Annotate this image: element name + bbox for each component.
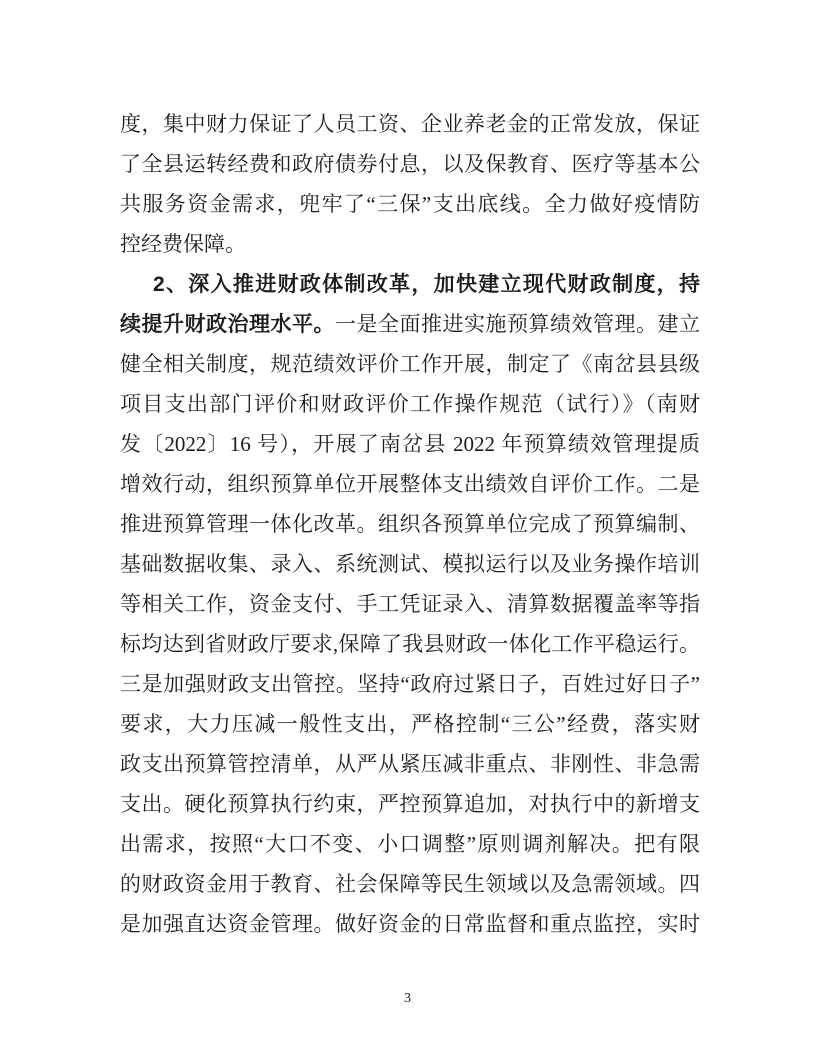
line-19: 出需求，按照“大口不变、小口调整”原则调剂解决。把有限 — [120, 824, 700, 864]
text-segment: 控经费保障。 — [120, 232, 246, 256]
line-01: 度，集中财力保证了人员工资、企业养老金的正常发放，保证 — [120, 104, 700, 144]
text-segment: 度，集中财力保证了人员工资、企业养老金的正常发放，保证 — [120, 112, 700, 136]
line-11: 推进预算管理一体化改革。组织各预算单位完成了预算编制、 — [120, 504, 700, 544]
text-segment-bold: 续提升财政治理水平。 — [120, 313, 335, 336]
line-18: 支出。硬化预算执行约束，严控预算追加，对执行中的新增支 — [120, 784, 700, 824]
text-segment: 要求，大力压减一般性支出，严格控制“三公”经费，落实财 — [120, 712, 700, 736]
line-09: 发〔2022〕16 号），开展了南岔县 2022 年预算绩效管理提质 — [120, 424, 700, 464]
line-02: 了全县运转经费和政府债券付息，以及保教育、医疗等基本公 — [120, 144, 700, 184]
text-segment: 发〔2022〕16 号），开展了南岔县 2022 年预算绩效管理提质 — [120, 432, 700, 456]
line-16: 要求，大力压减一般性支出，严格控制“三公”经费，落实财 — [120, 704, 700, 744]
text-segment: 是加强直达资金管理。做好资金的日常监督和重点监控，实时 — [120, 912, 700, 936]
line-15: 三是加强财政支出管控。坚持“政府过紧日子，百姓过好日子” — [120, 664, 700, 704]
text-segment: 一是全面推进实施预算绩效管理。建立 — [335, 312, 700, 336]
line-10: 增效行动，组织预算单位开展整体支出绩效自评价工作。二是 — [120, 464, 700, 504]
line-12: 基础数据收集、录入、系统测试、模拟运行以及业务操作培训 — [120, 544, 700, 584]
text-segment: 三是加强财政支出管控。坚持“政府过紧日子，百姓过好日子” — [120, 672, 700, 696]
text-segment: 支出。硬化预算执行约束，严控预算追加，对执行中的新增支 — [120, 792, 700, 816]
text-segment: 了全县运转经费和政府债券付息，以及保教育、医疗等基本公 — [120, 152, 700, 176]
line-14: 标均达到省财政厅要求,保障了我县财政一体化工作平稳运行。 — [120, 624, 700, 664]
text-segment: 标均达到省财政厅要求,保障了我县财政一体化工作平稳运行。 — [120, 632, 700, 656]
line-03: 共服务资金需求，兜牢了“三保”支出底线。全力做好疫情防 — [120, 184, 700, 224]
line-05: 2、深入推进财政体制改革，加快建立现代财政制度，持 — [120, 264, 700, 304]
page-number: 3 — [0, 990, 815, 1008]
text-segment: 共服务资金需求，兜牢了“三保”支出底线。全力做好疫情防 — [120, 192, 700, 216]
text-segment: 等相关工作，资金支付、手工凭证录入、清算数据覆盖率等指 — [120, 592, 700, 616]
text-segment: 政支出预算管控清单，从严从紧压减非重点、非刚性、非急需 — [120, 752, 700, 776]
document-page: 度，集中财力保证了人员工资、企业养老金的正常发放，保证了全县运转经费和政府债券付… — [0, 0, 815, 1055]
text-segment: 的财政资金用于教育、社会保障等民生领域以及急需领域。四 — [120, 872, 700, 896]
text-segment: 出需求，按照“大口不变、小口调整”原则调剂解决。把有限 — [120, 832, 700, 856]
text-segment: 健全相关制度，规范绩效评价工作开展，制定了《南岔县县级 — [120, 352, 700, 376]
text-segment: 推进预算管理一体化改革。组织各预算单位完成了预算编制、 — [120, 512, 700, 536]
text-segment: 项目支出部门评价和财政评价工作操作规范（试行）》（南财 — [120, 392, 700, 416]
text-segment: 基础数据收集、录入、系统测试、模拟运行以及业务操作培训 — [120, 552, 700, 576]
text-segment-bold: 2、深入推进财政体制改革，加快建立现代财政制度，持 — [153, 273, 700, 296]
document-body-text: 度，集中财力保证了人员工资、企业养老金的正常发放，保证了全县运转经费和政府债券付… — [120, 104, 700, 944]
line-06: 续提升财政治理水平。一是全面推进实施预算绩效管理。建立 — [120, 304, 700, 344]
text-segment: 增效行动，组织预算单位开展整体支出绩效自评价工作。二是 — [120, 472, 700, 496]
line-17: 政支出预算管控清单，从严从紧压减非重点、非刚性、非急需 — [120, 744, 700, 784]
line-08: 项目支出部门评价和财政评价工作操作规范（试行）》（南财 — [120, 384, 700, 424]
line-21: 是加强直达资金管理。做好资金的日常监督和重点监控，实时 — [120, 904, 700, 944]
line-04: 控经费保障。 — [120, 224, 700, 264]
line-07: 健全相关制度，规范绩效评价工作开展，制定了《南岔县县级 — [120, 344, 700, 384]
line-13: 等相关工作，资金支付、手工凭证录入、清算数据覆盖率等指 — [120, 584, 700, 624]
line-20: 的财政资金用于教育、社会保障等民生领域以及急需领域。四 — [120, 864, 700, 904]
